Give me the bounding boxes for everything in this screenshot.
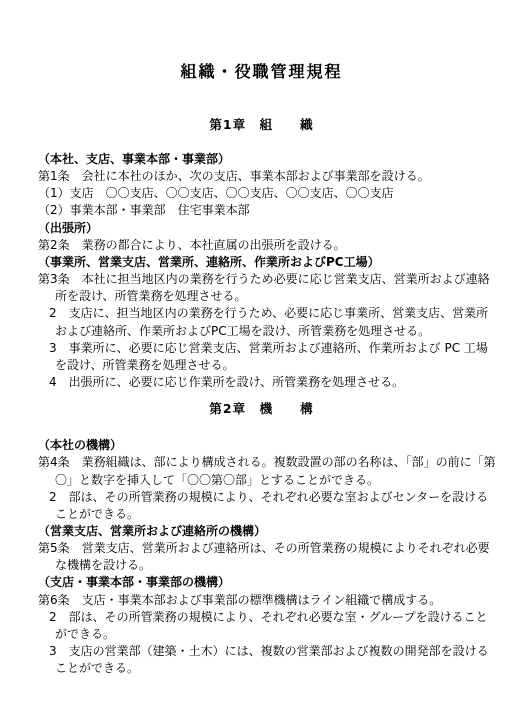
chapter-1: 第1章 組 織 （本社、支店、事業本部・事業部） 第1条 会社に本社のほか、次の…	[38, 116, 497, 391]
chapter-2-heading: 第2章 機 構	[0, 400, 523, 417]
article-6-paragraph-2: 2 部は、その所管業務の規模により、それぞれ必要な室・グループを設けることができ…	[38, 609, 497, 643]
section-label-jigyosho: （事業所、営業支店、営業所、連絡所、作業所およびPC工場）	[38, 254, 497, 271]
article-6-paragraph-3: 3 支店の営業部（建築・土木）には、複数の営業部および複数の開発部を設けることが…	[38, 643, 497, 677]
article-4: 第4条 業務組織は、部により構成される。複数設置の部の名称は、「部」の前に「第〇…	[38, 454, 497, 488]
chapter-1-body: （本社、支店、事業本部・事業部） 第1条 会社に本社のほか、次の支店、事業本部お…	[38, 151, 497, 391]
article-3-paragraph-2: 2 支店に、担当地区内の業務を行うため、必要に応じ事業所、営業支店、営業所および…	[38, 305, 497, 339]
article-3-paragraph-3: 3 事業所に、必要に応じ営業支店、営業所および連絡所、作業所および PC 工場を…	[38, 340, 497, 374]
chapter-1-heading: 第1章 組 織	[0, 116, 523, 133]
article-3-paragraph-4: 4 出張所に、必要に応じ作業所を設け、所管業務を処理させる。	[38, 374, 497, 391]
section-label-honsha-shiten: （本社、支店、事業本部・事業部）	[38, 151, 497, 168]
article-1: 第1条 会社に本社のほか、次の支店、事業本部および事業部を設ける。	[38, 168, 497, 185]
article-4-paragraph-2: 2 部は、その所管業務の規模により、それぞれ必要な室およびセンターを設けることが…	[38, 489, 497, 523]
section-label-shucchojo: （出張所）	[38, 220, 497, 237]
document-title: 組織・役職管理規程	[0, 62, 523, 82]
chapter-2: 第2章 機 構 （本社の機構） 第4条 業務組織は、部により構成される。複数設置…	[38, 400, 497, 677]
section-label-shiten-kiko: （支店・事業本部・事業部の機構）	[38, 574, 497, 591]
article-6: 第6条 支店・事業本部および事業部の標準機構はライン組織で構成する。	[38, 592, 497, 609]
article-5: 第5条 営業支店、営業所および連絡所は、その所管業務の規模によりそれぞれ必要な機…	[38, 540, 497, 574]
document-page: 組織・役職管理規程 第1章 組 織 （本社、支店、事業本部・事業部） 第1条 会…	[0, 0, 523, 716]
section-label-honsha-kiko: （本社の機構）	[38, 437, 497, 454]
article-2: 第2条 業務の都合により、本社直属の出張所を設ける。	[38, 237, 497, 254]
article-3: 第3条 本社に担当地区内の業務を行うため必要に応じ営業支店、営業所および連絡所を…	[38, 271, 497, 305]
article-1-item-1: （1）支店 〇〇支店、〇〇支店、〇〇支店、〇〇支店、〇〇支店	[38, 185, 497, 202]
chapter-2-body: （本社の機構） 第4条 業務組織は、部により構成される。複数設置の部の名称は、「…	[38, 437, 497, 677]
article-1-item-2: （2）事業本部・事業部 住宅事業本部	[38, 202, 497, 219]
section-label-eigyo-kiko: （営業支店、営業所および連絡所の機構）	[38, 523, 497, 540]
